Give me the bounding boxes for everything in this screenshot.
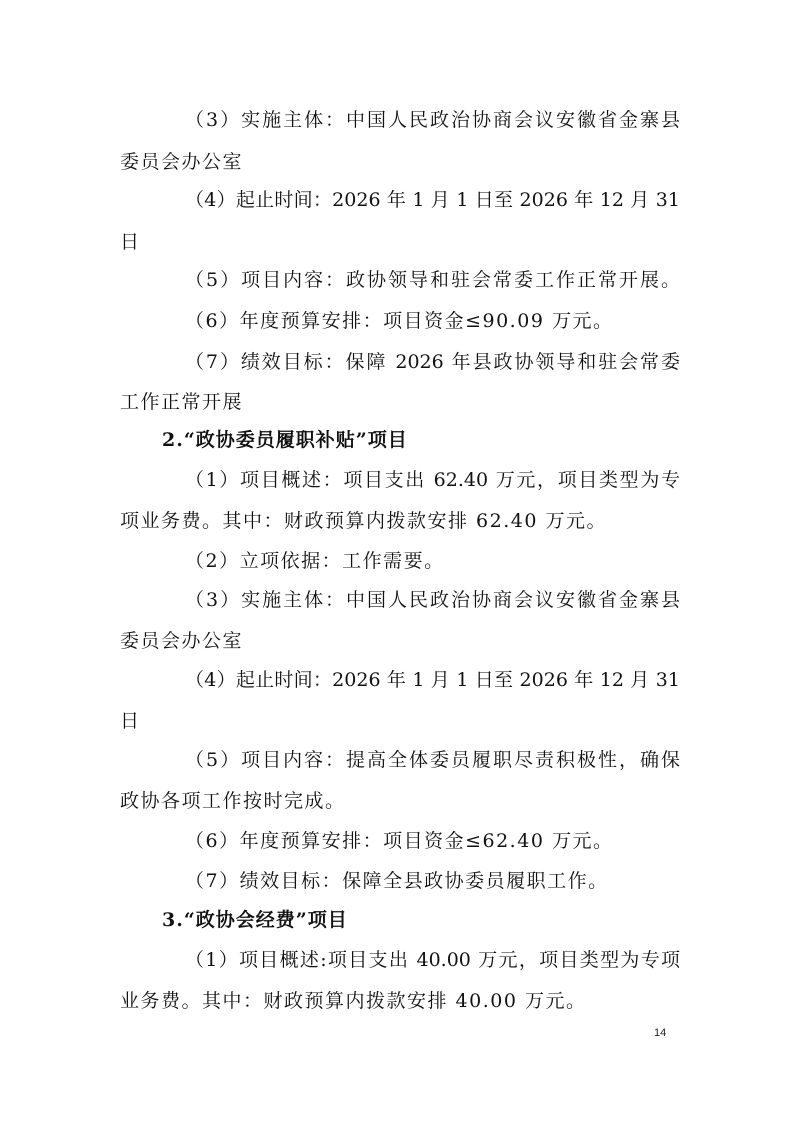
paragraph-line: 委员会办公室 xyxy=(120,150,680,174)
paragraph-line: （1）项目概述:项目支出 40.00 万元，项目类型为专项 xyxy=(185,948,680,972)
paragraph-line: （4）起止时间：2026 年 1 月 1 日至 2026 年 12 月 31 xyxy=(185,668,680,692)
paragraph-line: 日 xyxy=(120,709,680,733)
paragraph-line: （6）年度预算安排：项目资金≤90.09 万元。 xyxy=(185,309,680,333)
paragraph-line: （6）年度预算安排：项目资金≤62.40 万元。 xyxy=(185,829,680,853)
paragraph-line: （1）项目概述：项目支出 62.40 万元，项目类型为专 xyxy=(185,468,680,492)
document-page: （3）实施主体：中国人民政治协商会议安徽省金寨县 委员会办公室 （4）起止时间：… xyxy=(0,0,793,1122)
paragraph-line: （3）实施主体：中国人民政治协商会议安徽省金寨县 xyxy=(185,108,680,132)
paragraph-line: （5）项目内容：提高全体委员履职尽责积极性，确保 xyxy=(185,748,680,772)
section-heading: 2.“政协委员履职补贴”项目 xyxy=(162,428,722,452)
paragraph-line: （2）立项依据：工作需要。 xyxy=(185,549,680,573)
paragraph-line: （7）绩效目标：保障 2026 年县政协领导和驻会常委 xyxy=(185,350,680,374)
paragraph-line: 日 xyxy=(120,230,680,254)
section-heading: 3.“政协会经费”项目 xyxy=(162,908,722,932)
paragraph-line: 工作正常开展 xyxy=(120,390,680,414)
paragraph-line: 委员会办公室 xyxy=(120,629,680,653)
paragraph-line: （7）绩效目标：保障全县政协委员履职工作。 xyxy=(185,869,680,893)
paragraph-line: （4）起止时间：2026 年 1 月 1 日至 2026 年 12 月 31 xyxy=(185,188,680,212)
paragraph-line: （5）项目内容：政协领导和驻会常委工作正常开展。 xyxy=(185,268,680,292)
paragraph-line: 政协各项工作按时完成。 xyxy=(120,789,680,813)
page-number: 14 xyxy=(654,1027,666,1039)
paragraph-line: （3）实施主体：中国人民政治协商会议安徽省金寨县 xyxy=(185,588,680,612)
paragraph-line: 业务费。其中：财政预算内拨款安排 40.00 万元。 xyxy=(120,989,680,1013)
paragraph-line: 项业务费。其中：财政预算内拨款安排 62.40 万元。 xyxy=(120,509,680,533)
